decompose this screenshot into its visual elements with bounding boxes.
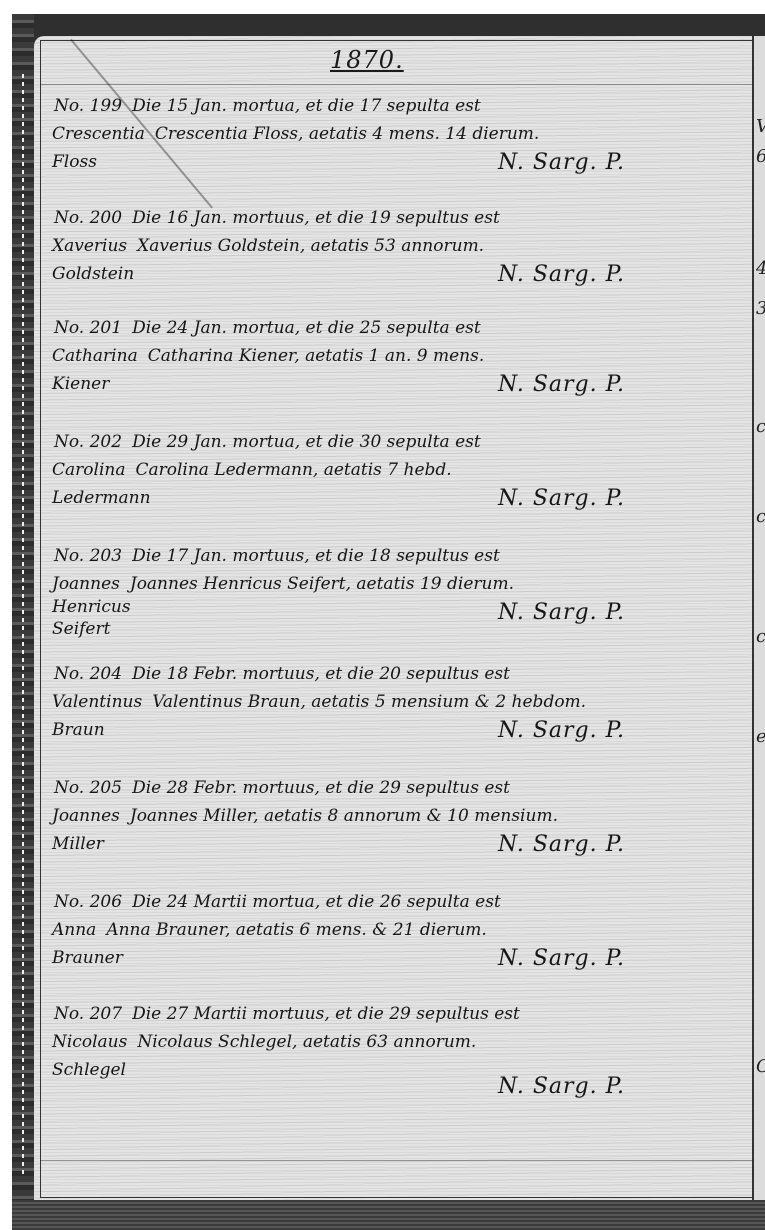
register-entry: No. 207Die 27 Martii mortuus, et die 29 … (48, 1004, 708, 1134)
entry-margin-given-name: Joannes (52, 574, 120, 594)
entry-margin-given-name: Anna (52, 920, 96, 940)
priest-signature: N. Sarg. P. (498, 718, 625, 743)
priest-signature: N. Sarg. P. (498, 372, 625, 397)
priest-signature: N. Sarg. P. (498, 832, 625, 857)
entry-death-burial: Die 24 Jan. mortua, et die 25 sepulta es… (132, 318, 481, 338)
entry-line-1: No. 207Die 27 Martii mortuus, et die 29 … (54, 1004, 520, 1024)
entry-margin-given-name: Xaverius (52, 236, 127, 256)
year-header: 1870. (330, 46, 404, 74)
entry-number: No. 201 (54, 318, 122, 338)
priest-signature: N. Sarg. P. (498, 486, 625, 511)
register-entry: No. 204Die 18 Febr. mortuus, et die 20 s… (48, 664, 708, 772)
entry-line-2: AnnaAnna Brauner, aetatis 6 mens. & 21 d… (52, 920, 487, 940)
bottom-rule (40, 1160, 752, 1161)
entry-death-burial: Die 18 Febr. mortuus, et die 20 sepultus… (132, 664, 510, 684)
margin-fragment: e (756, 726, 765, 747)
entry-death-burial: Die 15 Jan. mortua, et die 17 sepulta es… (132, 96, 481, 116)
entry-number: No. 206 (54, 892, 122, 912)
margin-fragment: V (756, 116, 765, 137)
entry-line-2: NicolausNicolaus Schlegel, aetatis 63 an… (52, 1032, 476, 1052)
column-rule (752, 36, 754, 1200)
entry-number: No. 207 (54, 1004, 122, 1024)
entry-line-1: No. 205Die 28 Febr. mortuus, et die 29 s… (54, 778, 510, 798)
entry-name-age: Catharina Kiener, aetatis 1 an. 9 mens. (148, 346, 485, 366)
entry-margin-names: Henricus Seifert (52, 596, 131, 640)
entry-name-age: Nicolaus Schlegel, aetatis 63 annorum. (137, 1032, 476, 1052)
margin-fragment: 6 (756, 146, 765, 167)
entry-margin-given-name: Joannes (52, 806, 120, 826)
adjacent-page-edge: V 6 4 3 c c c e C (755, 36, 765, 1200)
entry-margin-surname: Miller (52, 834, 104, 854)
priest-signature: N. Sarg. P. (498, 600, 625, 625)
priest-signature: N. Sarg. P. (498, 1074, 625, 1099)
entry-name-age: Joannes Henricus Seifert, aetatis 19 die… (130, 574, 514, 594)
entry-line-2: JoannesJoannes Henricus Seifert, aetatis… (52, 574, 514, 594)
entry-line-2: CatharinaCatharina Kiener, aetatis 1 an.… (52, 346, 484, 366)
register-entry: No. 199Die 15 Jan. mortua, et die 17 sep… (48, 96, 708, 204)
entry-name-age: Carolina Ledermann, aetatis 7 hebd. (135, 460, 451, 480)
margin-fragment: 3 (756, 298, 765, 319)
entry-name-age: Anna Brauner, aetatis 6 mens. & 21 dieru… (106, 920, 486, 940)
entry-name-age: Joannes Miller, aetatis 8 annorum & 10 m… (130, 806, 558, 826)
entry-margin-given-name: Carolina (52, 460, 125, 480)
entry-number: No. 204 (54, 664, 122, 684)
entry-margin-given-name: Valentinus (52, 692, 142, 712)
entry-margin-surname: Ledermann (52, 488, 151, 508)
entry-death-burial: Die 16 Jan. mortuus, et die 19 sepultus … (132, 208, 500, 228)
scan-bottom-edge (12, 1200, 765, 1230)
entry-margin-middle-name: Henricus (52, 596, 131, 618)
entry-margin-surname: Brauner (52, 948, 123, 968)
entry-line-1: No. 200Die 16 Jan. mortuus, et die 19 se… (54, 208, 500, 228)
priest-signature: N. Sarg. P. (498, 262, 625, 287)
entry-line-2: CrescentiaCrescentia Floss, aetatis 4 me… (52, 124, 539, 144)
entry-margin-given-name: Catharina (52, 346, 138, 366)
entry-margin-surname: Goldstein (52, 264, 134, 284)
entry-death-burial: Die 28 Febr. mortuus, et die 29 sepultus… (132, 778, 510, 798)
register-entry: No. 201Die 24 Jan. mortua, et die 25 sep… (48, 318, 708, 426)
entry-margin-surname: Floss (52, 152, 97, 172)
entry-death-burial: Die 29 Jan. mortua, et die 30 sepulta es… (132, 432, 481, 452)
entry-margin-surname: Kiener (52, 374, 109, 394)
entry-margin-given-name: Nicolaus (52, 1032, 127, 1052)
entry-line-1: No. 204Die 18 Febr. mortuus, et die 20 s… (54, 664, 510, 684)
entry-line-1: No. 203Die 17 Jan. mortuus, et die 18 se… (54, 546, 500, 566)
entry-name-age: Crescentia Floss, aetatis 4 mens. 14 die… (155, 124, 539, 144)
margin-fragment: 4 (756, 258, 765, 279)
entry-margin-surname: Seifert (52, 618, 131, 640)
entry-line-2: ValentinusValentinus Braun, aetatis 5 me… (52, 692, 586, 712)
margin-fragment: c (756, 416, 765, 437)
entry-margin-given-name: Crescentia (52, 124, 145, 144)
entry-death-burial: Die 17 Jan. mortuus, et die 18 sepultus … (132, 546, 500, 566)
entry-number: No. 200 (54, 208, 122, 228)
entry-death-burial: Die 27 Martii mortuus, et die 29 sepultu… (132, 1004, 520, 1024)
entry-death-burial: Die 24 Martii mortua, et die 26 sepulta … (132, 892, 501, 912)
entry-line-1: No. 206Die 24 Martii mortua, et die 26 s… (54, 892, 501, 912)
entry-name-age: Valentinus Braun, aetatis 5 mensium & 2 … (152, 692, 586, 712)
register-entry: No. 205Die 28 Febr. mortuus, et die 29 s… (48, 778, 708, 886)
entry-line-2: JoannesJoannes Miller, aetatis 8 annorum… (52, 806, 558, 826)
margin-fragment: c (756, 506, 765, 527)
entry-margin-surname: Schlegel (52, 1060, 126, 1080)
priest-signature: N. Sarg. P. (498, 150, 625, 175)
register-entry: No. 202Die 29 Jan. mortua, et die 30 sep… (48, 432, 708, 540)
margin-fragment: C (756, 1056, 765, 1077)
entry-line-1: No. 201Die 24 Jan. mortua, et die 25 sep… (54, 318, 481, 338)
entry-number: No. 203 (54, 546, 122, 566)
entry-number: No. 199 (54, 96, 122, 116)
priest-signature: N. Sarg. P. (498, 946, 625, 971)
binding-edge (12, 14, 34, 1204)
register-entry: No. 206Die 24 Martii mortua, et die 26 s… (48, 892, 708, 1000)
entry-margin-surname: Braun (52, 720, 105, 740)
entry-line-2: XaveriusXaverius Goldstein, aetatis 53 a… (52, 236, 484, 256)
entry-name-age: Xaverius Goldstein, aetatis 53 annorum. (137, 236, 484, 256)
entry-line-1: No. 202Die 29 Jan. mortua, et die 30 sep… (54, 432, 481, 452)
entry-number: No. 202 (54, 432, 122, 452)
margin-fragment: c (756, 626, 765, 647)
header-rule (40, 84, 752, 85)
register-entry: No. 203Die 17 Jan. mortuus, et die 18 se… (48, 546, 708, 654)
register-entry: No. 200Die 16 Jan. mortuus, et die 19 se… (48, 208, 708, 316)
entry-line-2: CarolinaCarolina Ledermann, aetatis 7 he… (52, 460, 452, 480)
entry-line-1: No. 199Die 15 Jan. mortua, et die 17 sep… (54, 96, 481, 116)
entry-number: No. 205 (54, 778, 122, 798)
